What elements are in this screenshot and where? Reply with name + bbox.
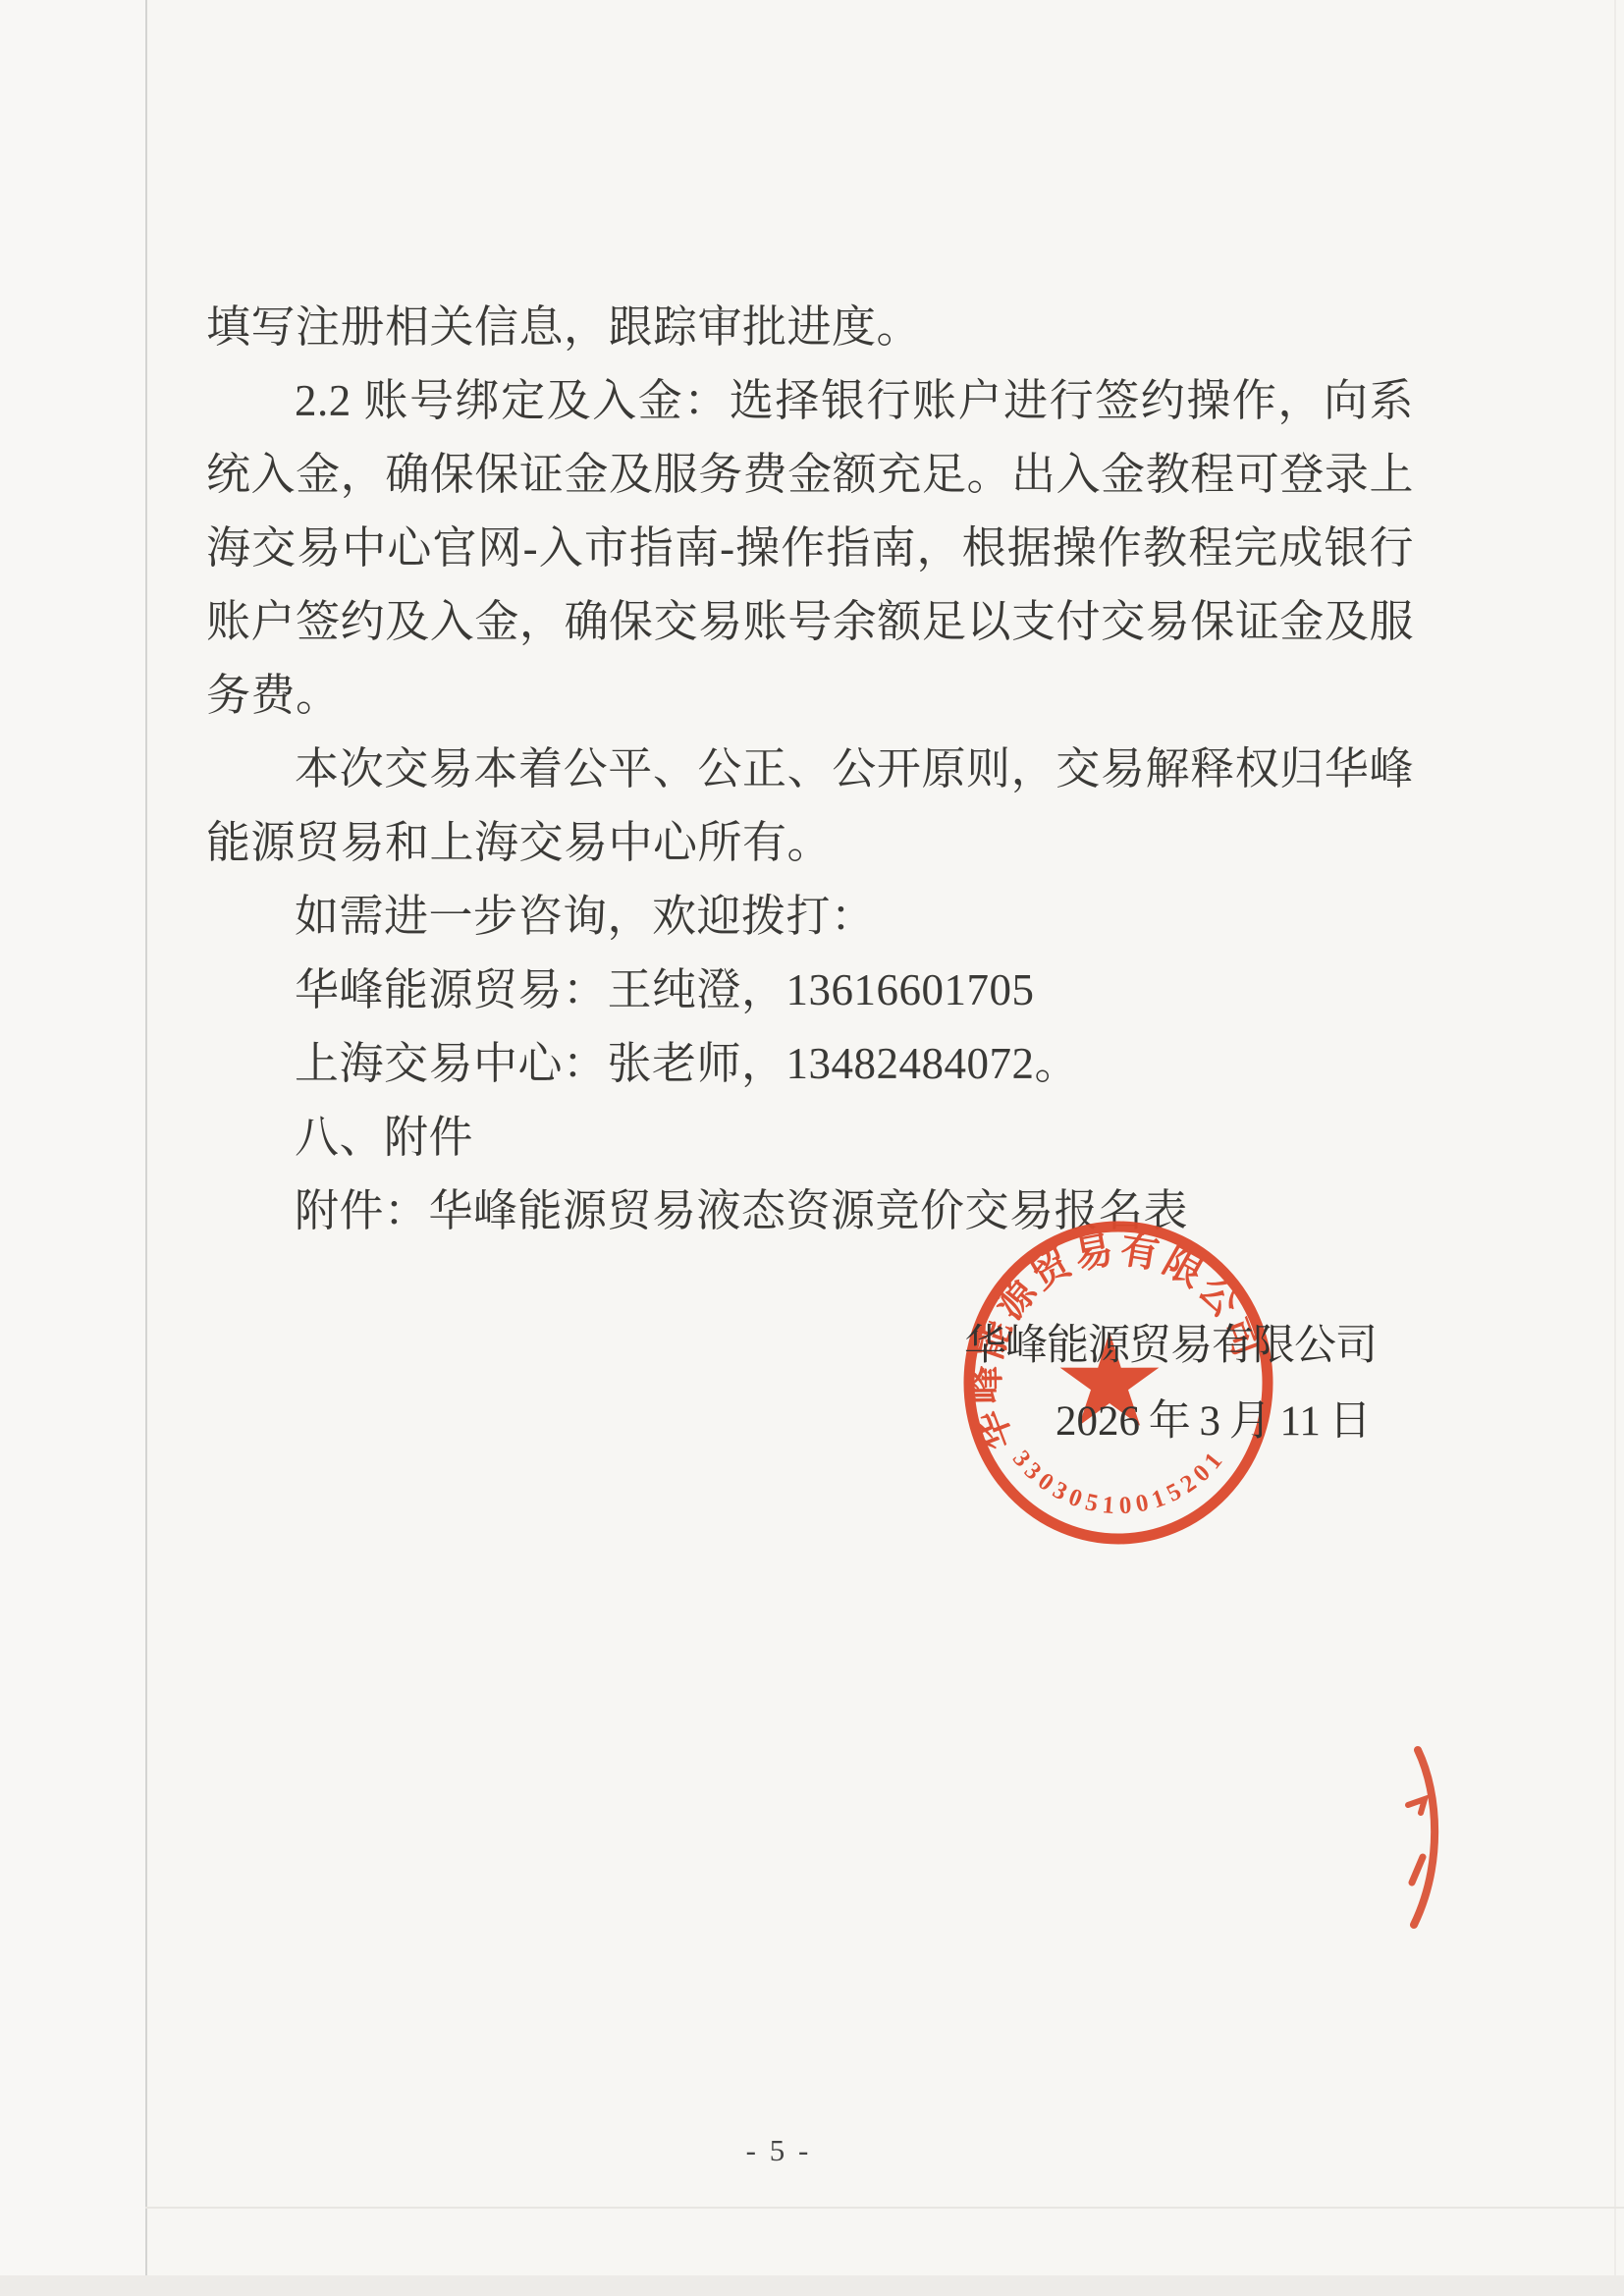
body-line-7: 本次交易本着公平、公正、公开原则，交易解释权归华峰 <box>206 733 1414 806</box>
partial-stamp-tick-1 <box>1408 1799 1425 1813</box>
body-line-13: 附件：华峰能源贸易液态资源竞价交易报名表 <box>206 1175 1414 1248</box>
scan-bottom-edge <box>0 2275 1624 2296</box>
body-line-2: 2.2 账号绑定及入金：选择银行账户进行签约操作，向系 <box>206 364 1414 438</box>
body-line-6: 务费。 <box>206 659 1414 733</box>
page-number: - 5 - <box>720 2133 838 2168</box>
signature-date: 2026 年 3 月 11 日 <box>1056 1388 1372 1448</box>
scanned-document-page: 填写注册相关信息，跟踪审批进度。 2.2 账号绑定及入金：选择银行账户进行签约操… <box>0 0 1624 2296</box>
paper-right-edge-line <box>1614 0 1616 2275</box>
partial-stamp-tick-2 <box>1412 1857 1423 1883</box>
seal-ring <box>969 1227 1268 1539</box>
body-line-5: 账户签约及入金，确保交易账号余额足以支付交易保证金及服 <box>206 585 1414 659</box>
body-line-8: 能源贸易和上海交易中心所有。 <box>206 806 1414 880</box>
partial-stamp-mark <box>1408 1750 1435 1925</box>
body-line-9: 如需进一步咨询，欢迎拨打： <box>206 880 1414 954</box>
scan-left-margin <box>0 0 145 2275</box>
document-body: 填写注册相关信息，跟踪审批进度。 2.2 账号绑定及入金：选择银行账户进行签约操… <box>206 291 1414 1248</box>
body-line-12: 八、附件 <box>206 1101 1414 1175</box>
partial-stamp-arc <box>1414 1750 1435 1925</box>
body-line-4: 海交易中心官网-入市指南-操作指南，根据操作教程完成银行 <box>206 512 1414 585</box>
body-line-3: 统入金，确保保证金及服务费金额充足。出入金教程可登录上 <box>206 438 1414 512</box>
signature-company-name: 华峰能源贸易有限公司 <box>964 1312 1377 1372</box>
seal-number: 33030510015201 <box>1007 1446 1229 1519</box>
paper-left-edge-line <box>145 0 147 2275</box>
body-line-11: 上海交易中心：张老师，13482484072。 <box>206 1027 1414 1101</box>
body-line-10: 华峰能源贸易：王纯澄，13616601705 <box>206 954 1414 1027</box>
body-line-1: 填写注册相关信息，跟踪审批进度。 <box>206 291 1414 364</box>
paper-bottom-fold-line <box>145 2207 1624 2209</box>
